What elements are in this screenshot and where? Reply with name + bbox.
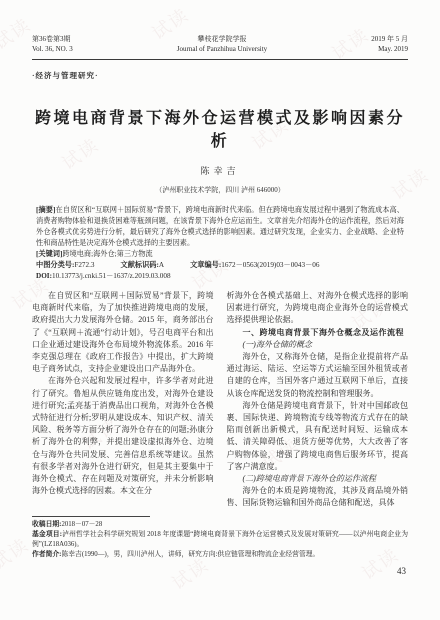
- header-date-block: 2019 年 5 月 May. 2019: [371, 34, 408, 54]
- keywords-label: [关键词]: [36, 250, 62, 258]
- article-id: 文章编号:1672－0563(2019)03－0043－06: [190, 260, 319, 271]
- author-bio-line: 作者简介:陈幸吉(1990—)，男，四川泸州人，讲师，研究方向:供应链管理和物流…: [32, 550, 408, 560]
- article-title: 跨境电商背景下海外仓运营模式及影响因素分析: [32, 105, 408, 151]
- issue-en: Vol. 36, NO. 3: [32, 44, 73, 54]
- abstract-text: 在自贸区和“互联网＋国际贸易”背景下，跨境电商新时代来临。但在跨境电商发展过程中…: [36, 206, 404, 247]
- author-name: 陈幸吉: [32, 164, 408, 177]
- left-column: 在自贸区和“互联网＋国际贸易”背景下，跨境电商新时代来临，为了加快推进跨境电商的…: [32, 290, 214, 510]
- journal-header: 第36卷第3期 Vol. 36, NO. 3 攀枝花学院学报 Journal o…: [32, 34, 408, 54]
- meta-line: 中图分类号:F272.3 文献标识码:A 文章编号:1672－0563(2019…: [36, 260, 404, 271]
- right-column: 析海外仓各模式基础上、对海外仓模式选择的影响因素进行研究，为跨境电商企业海外仓的…: [227, 290, 409, 510]
- doc-code-value: A: [159, 261, 164, 269]
- body-paragraph: 海外仓，又称海外仓储，是指企业提前将产品通过海运、陆运、空运等方式运输至国外租赁…: [227, 351, 409, 400]
- received-date-line: 收稿日期:2018－07－28: [32, 520, 408, 530]
- fund-value: 泸州哲学社会科学研究规划 2018 年度课题“跨境电商背景下海外仓运营模式及发展…: [32, 531, 408, 548]
- header-journal-block: 攀枝花学院学报 Journal of Panzhihua University: [177, 34, 267, 54]
- fund-label: 基金项目:: [32, 531, 62, 538]
- body-paragraph: 海外仓储是跨境电商背景下，针对中国邮政包裹、国际快递、跨境物流专线等物流方式存在…: [227, 400, 409, 473]
- journal-page: 试读 试读 试读 试读 试读 试读 试读 试读 试读 试读 试读 试读 试读 试…: [0, 0, 440, 620]
- keywords-line: [关键词]跨境电商;海外仓;第三方物流: [36, 249, 404, 260]
- journal-name-cn: 攀枝花学院学报: [177, 34, 267, 44]
- issue-cn: 第36卷第3期: [32, 34, 73, 44]
- footnote-divider: [32, 516, 150, 517]
- doi-label: DOI:: [36, 272, 52, 280]
- received-value: 2018－07－28: [61, 521, 102, 528]
- body-paragraph: 在海外仓兴起和发展过程中，许多学者对此进行了研究。鲁旭从供应链角度出发，对海外仓…: [32, 375, 214, 497]
- doi-value: 10.13773/j.cnki.51－1637/z.2019.03.008: [52, 272, 171, 280]
- body-columns: 在自贸区和“互联网＋国际贸易”背景下，跨境电商新时代来临，为了加快推进跨境电商的…: [32, 290, 408, 510]
- section-marker: ·经济与管理研究·: [32, 70, 408, 81]
- keywords-text: 跨境电商;海外仓;第三方物流: [62, 250, 152, 258]
- bio-label: 作者简介:: [32, 551, 61, 558]
- clc-number: 中图分类号:F272.3: [36, 260, 95, 271]
- fund-project-line: 基金项目:泸州哲学社会科学研究规划 2018 年度课题“跨境电商背景下海外仓运营…: [32, 530, 408, 549]
- abstract-label: [摘要]: [36, 206, 55, 214]
- abstract: [摘要]在自贸区和“互联网＋国际贸易”背景下，跨境电商新时代来临。但在跨境电商发…: [36, 205, 404, 249]
- body-paragraph: 在自贸区和“互联网＋国际贸易”背景下，跨境电商新时代来临，为了加快推进跨境电商的…: [32, 290, 214, 375]
- author-affiliation: （泸州职业技术学院，四川 泸州 646000）: [32, 185, 408, 195]
- header-divider: [32, 59, 408, 60]
- date-en: May. 2019: [371, 44, 408, 54]
- journal-name-en: Journal of Panzhihua University: [177, 44, 267, 54]
- clc-value: F272.3: [74, 261, 94, 269]
- subsection-heading: (二)跨境电商背景下海外仓的运作流程: [227, 473, 409, 485]
- document-code: 文献标识码:A: [121, 260, 165, 271]
- date-cn: 2019 年 5 月: [371, 34, 408, 44]
- clc-label: 中图分类号:: [36, 261, 74, 269]
- bio-value: 陈幸吉(1990—)，男，四川泸州人，讲师，研究方向:供应链管理和物流企业经营管…: [61, 551, 319, 558]
- footnote-block: 收稿日期:2018－07－28 基金项目:泸州哲学社会科学研究规划 2018 年…: [32, 516, 408, 560]
- doi-line: DOI:10.13773/j.cnki.51－1637/z.2019.03.00…: [36, 271, 404, 282]
- watermark-stamp: 试读: [0, 11, 36, 55]
- page-number: 43: [397, 566, 406, 576]
- section-heading: 一、跨境电商背景下海外仓概念及运作流程: [227, 327, 409, 339]
- subsection-heading: (一)海外仓储的概念: [227, 339, 409, 351]
- body-paragraph: 析海外仓各模式基础上、对海外仓模式选择的影响因素进行研究，为跨境电商企业海外仓的…: [227, 290, 409, 327]
- body-paragraph: 海外仓的本质是跨境物流，其涉及商品境外销售、国际货物运输和国外商品仓储和配送，具…: [227, 485, 409, 509]
- header-issue-block: 第36卷第3期 Vol. 36, NO. 3: [32, 34, 73, 54]
- doc-code-label: 文献标识码:: [121, 261, 159, 269]
- article-id-label: 文章编号:: [190, 261, 221, 269]
- watermark-stamp: 试读: [0, 531, 34, 575]
- received-label: 收稿日期:: [32, 521, 61, 528]
- article-id-value: 1672－0563(2019)03－0043－06: [221, 261, 319, 269]
